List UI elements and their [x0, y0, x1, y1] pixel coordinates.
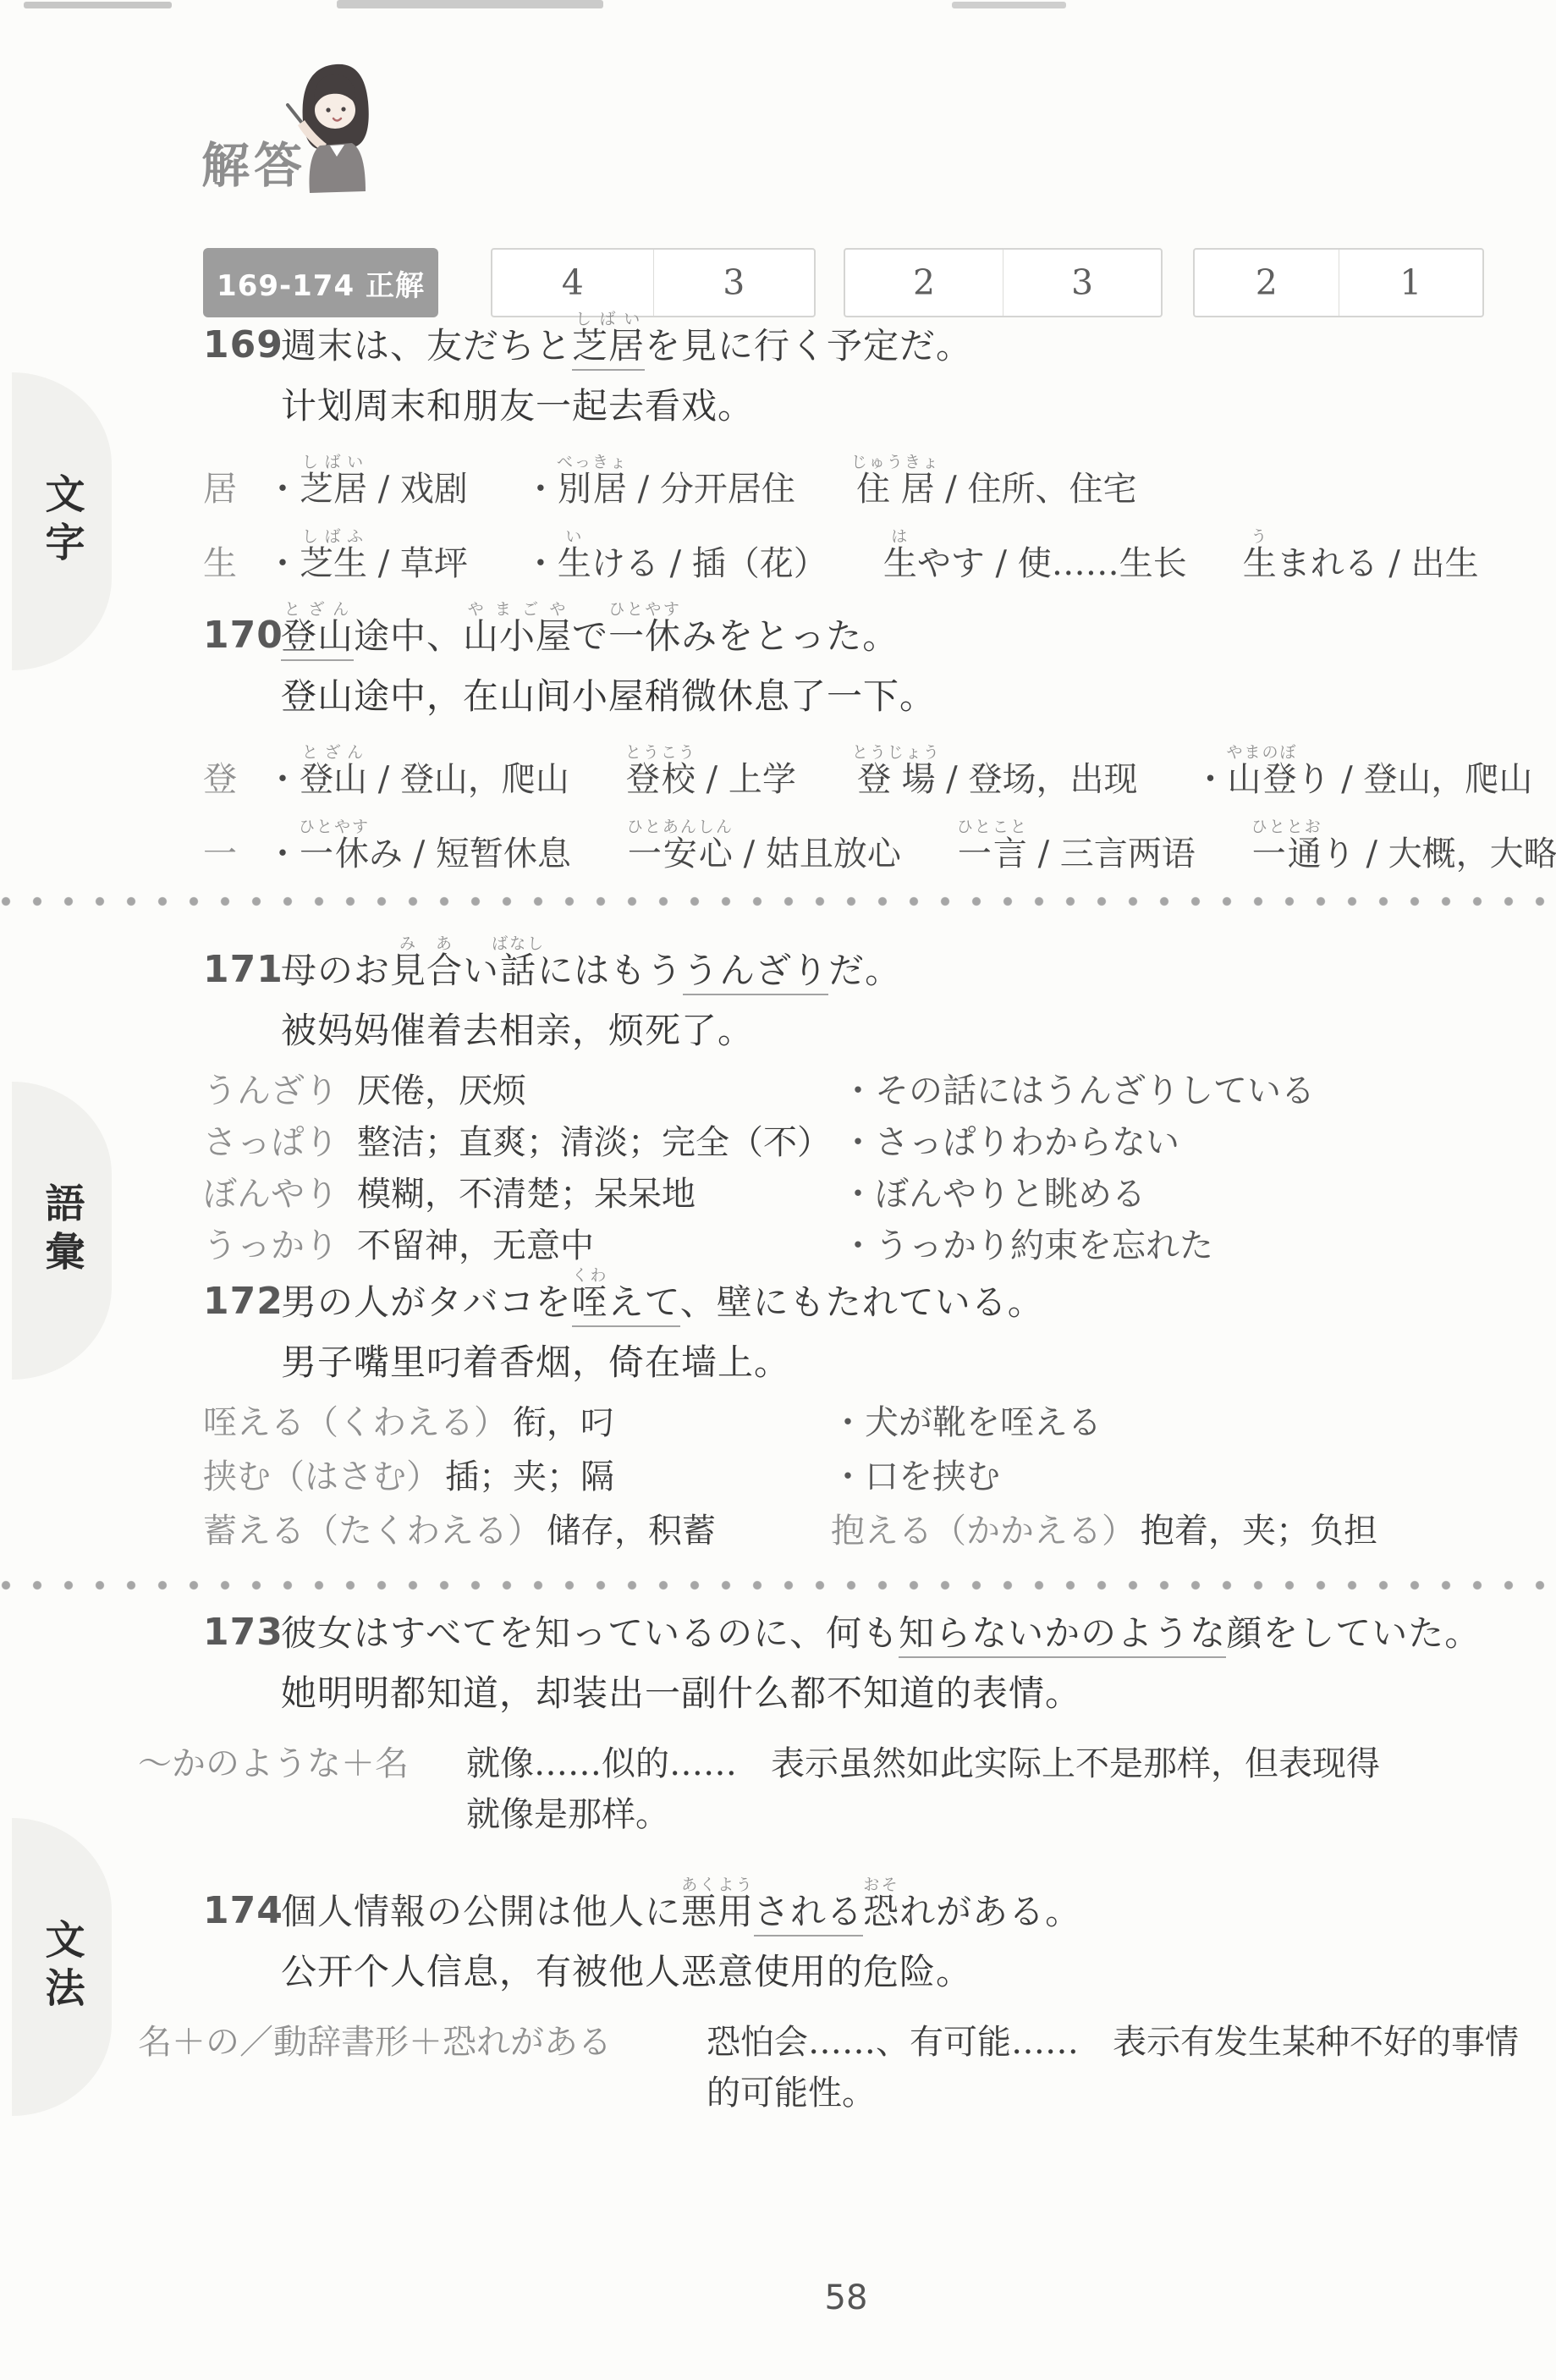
vocab-item: 登場とうじょう / 登场，出现 [852, 743, 1138, 797]
question-sentence: 173 彼女はすべてを知っているのに、何も知らないかのような顔をしていた。 [203, 1591, 1523, 1652]
sentence-text: 男の人がタバコを咥くわえて、壁にもたれている。 [281, 1266, 1044, 1321]
grammar-note: 名＋の／動辞書形＋恐れがある 恐怕会……、有可能……表示有发生某种不好的事情的可… [138, 2017, 1523, 2118]
vocab-row: うんざり 厌倦，厌烦 ・その話にはうんざりしている [203, 1072, 1523, 1110]
grammar-pattern: 名＋の／動辞書形＋恐れがある [138, 2017, 707, 2118]
vocab-row: 生 ・芝生しばふ / 草坪 ・生いける / 插（花） 生はやす / 使……生长 … [203, 507, 1523, 581]
vocab-row: 登 ・登山とざん / 登山，爬山 登校とうこう / 上学 登場とうじょう / 登… [203, 723, 1523, 797]
question-171: 171 母のお見み合あい話ばなしにはもううんざりだ。 被妈妈催着去相亲，烦死了。… [203, 912, 1523, 1264]
section-tab-label: 語彙 [34, 1182, 91, 1279]
vocab-list: 登 ・登山とざん / 登山，爬山 登校とうこう / 上学 登場とうじょう / 登… [203, 723, 1523, 872]
scan-artifact [337, 0, 603, 8]
vocab-item: 住居じゅうきょ / 住所、住宅 [851, 453, 1137, 507]
question-sentence: 171 母のお見み合あい話ばなしにはもううんざりだ。 [203, 912, 1523, 989]
vocab-row: 一 ・一休ひとやすみ / 短暂休息 一安心ひとあんしん / 姑且放心 一言ひとこ… [203, 797, 1523, 872]
question-173: 173 彼女はすべてを知っているのに、何も知らないかのような顔をしていた。 她明… [203, 1591, 1523, 1840]
vocab-item: 一安心ひとあんしん / 姑且放心 [627, 818, 901, 872]
chinese-translation: 男子嘴里叼着香烟，倚在墙上。 [281, 1335, 1523, 1386]
vocab-word: ぼんやり [203, 1176, 357, 1213]
vocab-row: 咥える（くわえる）衔，叼 ・犬が靴を咥える [203, 1404, 1523, 1441]
vocab-row: さっぱり 整洁；直爽；清淡；完全（不） ・さっぱりわからない [203, 1124, 1523, 1161]
vocab-item: ・登山とざん / 登山，爬山 [266, 743, 569, 797]
vocab-head-kanji: 一 [203, 836, 266, 872]
teacher-illustration [272, 56, 399, 217]
question-number: 170 [203, 616, 281, 655]
vocab-meaning: 抱着，夹；负担 [1141, 1512, 1377, 1551]
question-172: 172 男の人がタバコを咥くわえて、壁にもたれている。 男子嘴里叼着香烟，倚在墙… [203, 1244, 1523, 1550]
vocab-entry: 蓄える（たくわえる）储存，积蓄 [203, 1512, 831, 1550]
section-tab-goi: 語彙 [12, 1082, 112, 1380]
vocab-word: さっぱり [203, 1124, 357, 1161]
sentence-text: 個人情報の公開は他人に悪用あくようされる恐おそれがある。 [281, 1876, 1081, 1931]
dotted-divider [0, 895, 1556, 908]
chinese-translation: 被妈妈催着去相亲，烦死了。 [281, 1003, 1523, 1054]
chinese-translation: 她明明都知道，却装出一副什么都不知道的表情。 [281, 1666, 1523, 1716]
sentence-text: 週末は、友だちと芝居しばいを見に行く予定だ。 [281, 310, 972, 365]
question-174: 174 個人情報の公開は他人に悪用あくようされる恐おそれがある。 公开个人信息，… [203, 1854, 1523, 2118]
vocab-entry: 咥える（くわえる）衔，叼 [203, 1404, 831, 1441]
vocab-head-kanji: 登 [203, 762, 266, 797]
vocab-word: うんざり [203, 1072, 357, 1110]
vocab-row: 挟む（はさむ）插；夹；隔 ・口を挟む [203, 1458, 1523, 1496]
section-tab-label: 文法 [34, 1919, 91, 2015]
vocab-word: 挟む（はさむ） [203, 1457, 440, 1496]
vocab-head-kanji: 居 [203, 471, 266, 507]
vocab-item: 一言ひとこと / 三言两语 [957, 818, 1196, 872]
question-sentence: 170 登山とざん途中、山小屋やまごやで一休ひとやすみをとった。 [203, 578, 1523, 655]
vocab-item: ・山登やまのぼり / 登山，爬山 [1194, 743, 1533, 797]
sentence-text: 彼女はすべてを知っているのに、何も知らないかのような顔をしていた。 [281, 1615, 1481, 1652]
vocab-example: ・犬が靴を咥える [831, 1404, 1523, 1441]
vocab-item: ・別居べっきょ / 分开居住 [524, 453, 795, 507]
vocab-meaning: 衔，叼 [513, 1403, 614, 1442]
vocab-example: ・ぼんやりと眺める [841, 1176, 1523, 1213]
vocab-item: ・芝生しばふ / 草坪 [266, 527, 468, 581]
vocab-example: ・その話にはうんざりしている [841, 1072, 1523, 1110]
vocab-item: 登校とうこう / 上学 [625, 743, 796, 797]
textbook-page: 文字 語彙 文法 解答 169-174 正解 4 3 2 3 2 1 [0, 0, 1556, 2380]
vocab-entry: 挟む（はさむ）插；夹；隔 [203, 1458, 831, 1496]
vocab-item: ・芝居しばい / 戏剧 [266, 453, 468, 507]
question-number: 174 [203, 1892, 281, 1931]
vocab-meaning: 储存，积蓄 [547, 1512, 716, 1551]
section-tab-label: 文字 [34, 473, 91, 570]
vocab-list: うんざり 厌倦，厌烦 ・その話にはうんざりしている さっぱり 整洁；直爽；清淡；… [203, 1072, 1523, 1264]
chinese-translation: 计划周末和朋友一起去看戏。 [281, 378, 1523, 429]
page-number: 58 [787, 2278, 905, 2317]
vocab-list: 居 ・芝居しばい / 戏剧 ・別居べっきょ / 分开居住 住居じゅうきょ / 住… [203, 432, 1523, 581]
vocab-meaning: 厌倦，厌烦 [357, 1072, 841, 1110]
vocab-example: ・口を挟む [831, 1458, 1523, 1496]
vocab-meaning: 模糊，不清楚；呆呆地 [357, 1176, 841, 1213]
section-tab-bunpo: 文法 [12, 1818, 112, 2116]
vocab-word: 蓄える（たくわえる） [203, 1512, 542, 1551]
vocab-list: 咥える（くわえる）衔，叼 ・犬が靴を咥える 挟む（はさむ）插；夹；隔 ・口を挟む… [203, 1404, 1523, 1550]
vocab-item: 生はやす / 使……生长 [883, 527, 1187, 581]
scan-artifact [952, 2, 1066, 8]
question-sentence: 169 週末は、友だちと芝居しばいを見に行く予定だ。 [203, 288, 1523, 365]
vocab-meaning: 整洁；直爽；清淡；完全（不） [357, 1124, 841, 1161]
grammar-gloss: 恐怕会……、有可能…… [707, 2023, 1079, 2062]
grammar-text: 就像……似的……表示虽然如此实际上不是那样，但表现得就像是那样。 [466, 1738, 1397, 1840]
question-number: 172 [203, 1282, 281, 1321]
question-number: 173 [203, 1613, 281, 1652]
vocab-word: 抱える（かかえる） [831, 1512, 1135, 1551]
vocab-item: ・生いける / 插（花） [524, 527, 827, 581]
vocab-item: ・一休ひとやすみ / 短暂休息 [266, 818, 571, 872]
vocab-item: 生うまれる / 出生 [1243, 527, 1479, 581]
dotted-divider [0, 1579, 1556, 1592]
vocab-head-kanji: 生 [203, 546, 266, 581]
chinese-translation: 登山途中，在山间小屋稍微休息了一下。 [281, 669, 1523, 719]
scan-artifact [24, 2, 172, 8]
chinese-translation: 公开个人信息，有被他人恶意使用的危险。 [281, 1944, 1523, 1995]
question-sentence: 174 個人情報の公開は他人に悪用あくようされる恐おそれがある。 [203, 1854, 1523, 1931]
question-170: 170 登山とざん途中、山小屋やまごやで一休ひとやすみをとった。 登山途中，在山… [203, 578, 1523, 872]
grammar-text: 恐怕会……、有可能……表示有发生某种不好的事情的可能性。 [707, 2017, 1523, 2118]
grammar-pattern: ～かのような＋名 [138, 1738, 466, 1840]
vocab-meaning: 插；夹；隔 [445, 1457, 614, 1496]
section-tab-moji: 文字 [12, 372, 112, 670]
vocab-row: ぼんやり 模糊，不清楚；呆呆地 ・ぼんやりと眺める [203, 1176, 1523, 1213]
question-sentence: 172 男の人がタバコを咥くわえて、壁にもたれている。 [203, 1244, 1523, 1321]
question-169: 169 週末は、友だちと芝居しばいを見に行く予定だ。 计划周末和朋友一起去看戏。… [203, 288, 1523, 581]
question-number: 171 [203, 950, 281, 989]
sentence-text: 母のお見み合あい話ばなしにはもううんざりだ。 [281, 934, 901, 989]
vocab-example: ・さっぱりわからない [841, 1124, 1523, 1161]
vocab-entry: 抱える（かかえる）抱着，夹；负担 [831, 1512, 1523, 1550]
sentence-text: 登山とざん途中、山小屋やまごやで一休ひとやすみをとった。 [281, 600, 899, 655]
grammar-gloss: 就像……似的…… [466, 1744, 737, 1783]
vocab-row: 蓄える（たくわえる）储存，积蓄 抱える（かかえる）抱着，夹；负担 [203, 1512, 1523, 1550]
vocab-item: 一通ひととおり / 大概，大略 [1251, 818, 1556, 872]
vocab-word: 咥える（くわえる） [203, 1403, 508, 1442]
question-number: 169 [203, 326, 281, 365]
vocab-row: 居 ・芝居しばい / 戏剧 ・別居べっきょ / 分开居住 住居じゅうきょ / 住… [203, 432, 1523, 507]
grammar-note: ～かのような＋名 就像……似的……表示虽然如此实际上不是那样，但表现得就像是那样… [138, 1738, 1523, 1840]
